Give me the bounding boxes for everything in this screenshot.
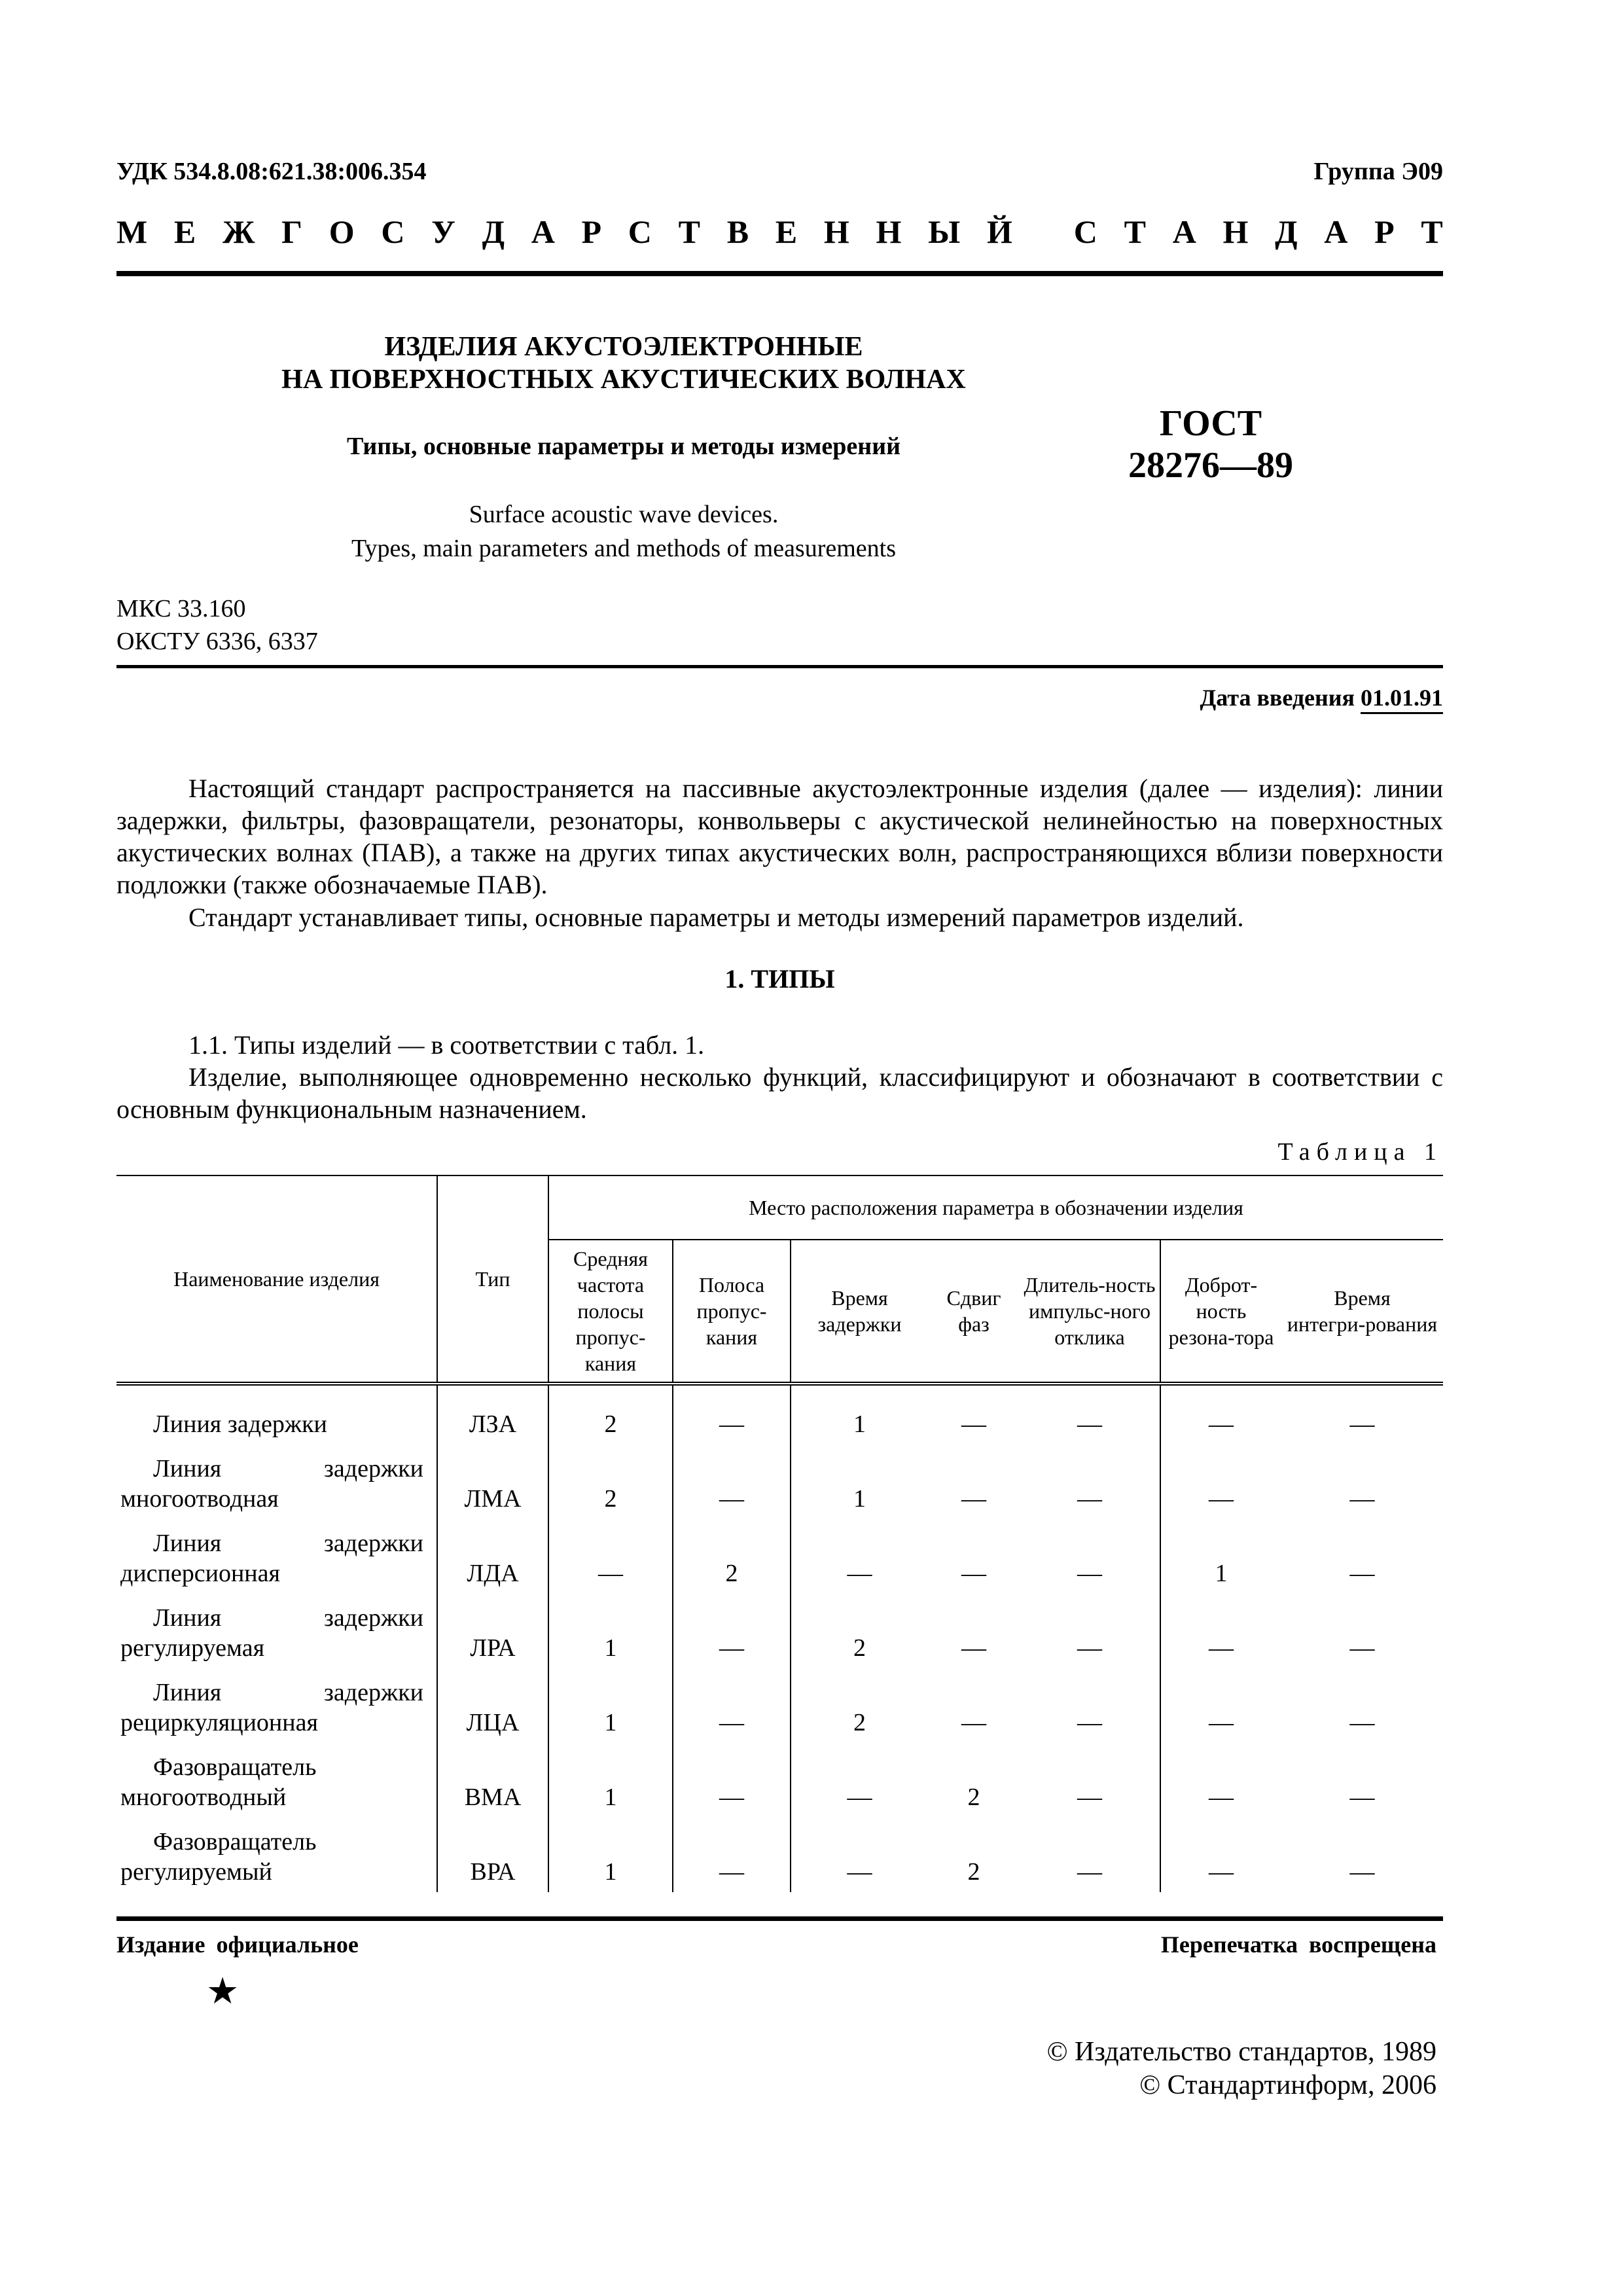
col-header-param: Доброт-ностьрезона-тора bbox=[1160, 1240, 1281, 1384]
heading-letter: Е bbox=[174, 213, 196, 251]
table-row: Линия задержки многоотводнаяЛМА2—1———— bbox=[116, 1444, 1443, 1519]
col-header-param: Сдвигфаз bbox=[928, 1240, 1020, 1384]
col-header-param: Средняячастотаполосыпропус-кания bbox=[548, 1240, 673, 1384]
table-row: Линия задержки регулируемаяЛРА1—2———— bbox=[116, 1594, 1443, 1668]
cell-param: 1 bbox=[548, 1818, 673, 1892]
cell-param: — bbox=[1281, 1743, 1443, 1818]
cell-param: — bbox=[1281, 1444, 1443, 1519]
paragraph-scope: Настоящий стандарт распространяется на п… bbox=[116, 772, 1443, 901]
clause-1-1-note-text: Изделие, выполняющее одновременно нескол… bbox=[116, 1062, 1443, 1124]
footer-rule bbox=[116, 1916, 1443, 1921]
mks-code: МКС 33.160 bbox=[116, 592, 318, 625]
cell-param: — bbox=[1160, 1594, 1281, 1668]
gost-label: ГОСТ bbox=[1047, 403, 1374, 444]
cell-param: 1 bbox=[548, 1743, 673, 1818]
cell-param: 2 bbox=[673, 1519, 791, 1594]
cell-param: — bbox=[928, 1519, 1020, 1594]
star-icon: ★ bbox=[206, 1970, 239, 2013]
gost-number: 28276—89 bbox=[1047, 444, 1374, 486]
document-subtitle: Типы, основные параметры и методы измере… bbox=[116, 432, 1131, 461]
copyright-1989: © Издательство стандартов, 1989 bbox=[1047, 2036, 1436, 2069]
group-code: Группа Э09 bbox=[1314, 157, 1443, 186]
cell-param: — bbox=[928, 1668, 1020, 1743]
english-title: Surface acoustic wave devices. Types, ma… bbox=[116, 497, 1131, 565]
cell-param: — bbox=[673, 1668, 791, 1743]
cell-param: — bbox=[791, 1519, 928, 1594]
col-header-param: Длитель-ностьимпульс-ногоотклика bbox=[1020, 1240, 1160, 1384]
cell-param: — bbox=[928, 1594, 1020, 1668]
cell-type: ЛМА bbox=[437, 1444, 548, 1519]
cell-param: — bbox=[1020, 1743, 1160, 1818]
table-row: Фазовращатель многоотводныйВМА1——2——— bbox=[116, 1743, 1443, 1818]
cell-param: — bbox=[673, 1444, 791, 1519]
heading-letter: Й bbox=[987, 213, 1012, 251]
udk-code: УДК 534.8.08:621.38:006.354 bbox=[116, 157, 427, 186]
codes-rule bbox=[116, 665, 1443, 668]
cell-param: 2 bbox=[548, 1384, 673, 1444]
types-table: Наименование изделия Тип Место расположе… bbox=[116, 1175, 1443, 1892]
reprint-prohibited: Перепечатка воспрещена bbox=[1161, 1931, 1436, 1958]
cell-name: Линия задержки рециркуляционная bbox=[116, 1668, 437, 1743]
cell-param: 2 bbox=[928, 1743, 1020, 1818]
cell-param: — bbox=[928, 1444, 1020, 1519]
introduction-date: Дата введения 01.01.91 bbox=[1200, 684, 1444, 711]
cell-param: — bbox=[673, 1743, 791, 1818]
heading-letter: Ы bbox=[928, 213, 960, 251]
cell-param: 2 bbox=[791, 1668, 928, 1743]
cell-param: — bbox=[1160, 1818, 1281, 1892]
okstu-code: ОКСТУ 6336, 6337 bbox=[116, 625, 318, 658]
col-header-param: Времязадержки bbox=[791, 1240, 928, 1384]
paragraph-purpose-text: Стандарт устанавливает типы, основные па… bbox=[188, 903, 1244, 932]
col-header-type: Тип bbox=[437, 1175, 548, 1384]
cell-param: — bbox=[1020, 1519, 1160, 1594]
heading-letter: Т bbox=[1421, 213, 1442, 251]
header-rule bbox=[116, 271, 1443, 276]
cell-param: — bbox=[673, 1384, 791, 1444]
cell-param: — bbox=[1020, 1384, 1160, 1444]
cell-name: Линия задержки регулируемая bbox=[116, 1594, 437, 1668]
classification-codes: МКС 33.160 ОКСТУ 6336, 6337 bbox=[116, 592, 318, 658]
cell-param: — bbox=[1160, 1668, 1281, 1743]
cell-param: — bbox=[1281, 1384, 1443, 1444]
official-edition: Издание официальное bbox=[116, 1931, 359, 1958]
copyright-2006: © Стандартинформ, 2006 bbox=[1047, 2069, 1436, 2102]
heading-letter: М bbox=[116, 213, 147, 251]
cell-name: Фазовращатель многоотводный bbox=[116, 1743, 437, 1818]
heading-letter: Н bbox=[824, 213, 849, 251]
heading-letter: Н bbox=[876, 213, 901, 251]
heading-letter: Т bbox=[1124, 213, 1146, 251]
cell-name: Фазовращатель регулируемый bbox=[116, 1818, 437, 1892]
cell-type: ЛРА bbox=[437, 1594, 548, 1668]
heading-letter: С bbox=[1074, 213, 1097, 251]
heading-letter: С bbox=[628, 213, 652, 251]
heading-letter: С bbox=[381, 213, 404, 251]
cell-param: — bbox=[673, 1818, 791, 1892]
cell-param: — bbox=[1020, 1668, 1160, 1743]
clause-1-1-text: 1.1. Типы изделий — в соответствии с таб… bbox=[188, 1030, 704, 1060]
heading-letter: Д bbox=[1275, 213, 1297, 251]
table-row: Линия задержки рециркуляционнаяЛЦА1—2———… bbox=[116, 1668, 1443, 1743]
date-label: Дата введения bbox=[1200, 685, 1361, 711]
paragraph-purpose: Стандарт устанавливает типы, основные па… bbox=[116, 901, 1443, 933]
cell-type: ЛЦА bbox=[437, 1668, 548, 1743]
cell-param: 1 bbox=[791, 1444, 928, 1519]
cell-type: ВМА bbox=[437, 1743, 548, 1818]
cell-param: — bbox=[1160, 1444, 1281, 1519]
cell-param: — bbox=[1281, 1519, 1443, 1594]
cell-param: — bbox=[1160, 1743, 1281, 1818]
table-row: Фазовращатель регулируемыйВРА1——2——— bbox=[116, 1818, 1443, 1892]
heading-letter: Р bbox=[1374, 213, 1395, 251]
col-group-header: Место расположения параметра в обозначен… bbox=[548, 1175, 1443, 1240]
heading-letter: О bbox=[329, 213, 355, 251]
cell-type: ЛДА bbox=[437, 1519, 548, 1594]
heading-letter: А bbox=[1173, 213, 1196, 251]
cell-param: — bbox=[928, 1384, 1020, 1444]
heading-letter: Р bbox=[582, 213, 602, 251]
col-header-param: Полосапропус-кания bbox=[673, 1240, 791, 1384]
section-heading: 1. ТИПЫ bbox=[116, 963, 1443, 994]
cell-name: Линия задержки многоотводная bbox=[116, 1444, 437, 1519]
table-label: Таблица 1 bbox=[1277, 1138, 1443, 1166]
cell-param: 1 bbox=[791, 1384, 928, 1444]
cell-param: 1 bbox=[1160, 1519, 1281, 1594]
cell-name: Линия задержки bbox=[116, 1384, 437, 1444]
cell-param: 1 bbox=[548, 1668, 673, 1743]
cell-param: 2 bbox=[548, 1444, 673, 1519]
heading-letter: Д bbox=[482, 213, 505, 251]
cell-type: ВРА bbox=[437, 1818, 548, 1892]
cell-param: 2 bbox=[791, 1594, 928, 1668]
cell-param: — bbox=[1020, 1444, 1160, 1519]
heading-letter: У bbox=[431, 213, 455, 251]
cell-param: — bbox=[673, 1594, 791, 1668]
cell-param: — bbox=[1281, 1668, 1443, 1743]
paragraph-scope-text: Настоящий стандарт распространяется на п… bbox=[116, 774, 1443, 899]
col-header-param: Времяинтегри-рования bbox=[1281, 1240, 1443, 1384]
clause-1-1: 1.1. Типы изделий — в соответствии с таб… bbox=[116, 1029, 1443, 1061]
date-value: 01.01.91 bbox=[1361, 685, 1443, 714]
gost-designation: ГОСТ 28276—89 bbox=[1047, 403, 1374, 486]
cell-param: — bbox=[791, 1818, 928, 1892]
copyright-block: © Издательство стандартов, 1989 © Станда… bbox=[1047, 2036, 1436, 2102]
document-title: ИЗДЕЛИЯ АКУСТОЭЛЕКТРОННЫЕ НА ПОВЕРХНОСТН… bbox=[116, 331, 1131, 396]
cell-param: — bbox=[1281, 1818, 1443, 1892]
heading-letter: Е bbox=[776, 213, 797, 251]
cell-name: Линия задержки дисперсионная bbox=[116, 1519, 437, 1594]
table-row: Линия задержки дисперсионнаяЛДА—2———1— bbox=[116, 1519, 1443, 1594]
cell-param: — bbox=[1020, 1594, 1160, 1668]
heading-letter: А bbox=[531, 213, 555, 251]
title-line-2: НА ПОВЕРХНОСТНЫХ АКУСТИЧЕСКИХ ВОЛНАХ bbox=[116, 363, 1131, 396]
cell-param: — bbox=[548, 1519, 673, 1594]
table-row: Линия задержкиЛЗА2—1———— bbox=[116, 1384, 1443, 1444]
cell-param: — bbox=[1160, 1384, 1281, 1444]
cell-param: — bbox=[791, 1743, 928, 1818]
interstate-standard-heading: МЕЖГОСУДАРСТВЕННЫЙ СТАНДАРТ bbox=[116, 213, 1443, 251]
heading-letter: Т bbox=[679, 213, 700, 251]
heading-letter: Ж bbox=[223, 213, 255, 251]
title-line-1: ИЗДЕЛИЯ АКУСТОЭЛЕКТРОННЫЕ bbox=[116, 331, 1131, 363]
cell-param: 2 bbox=[928, 1818, 1020, 1892]
heading-letter: В bbox=[727, 213, 749, 251]
heading-letter bbox=[1039, 213, 1048, 251]
heading-letter: Г bbox=[281, 213, 302, 251]
col-header-name: Наименование изделия bbox=[116, 1175, 437, 1384]
english-title-line-1: Surface acoustic wave devices. bbox=[116, 497, 1131, 531]
cell-param: 1 bbox=[548, 1594, 673, 1668]
heading-letter: А bbox=[1324, 213, 1347, 251]
english-title-line-2: Types, main parameters and methods of me… bbox=[116, 531, 1131, 565]
cell-param: — bbox=[1020, 1818, 1160, 1892]
clause-1-1-note: Изделие, выполняющее одновременно нескол… bbox=[116, 1061, 1443, 1125]
heading-letter: Н bbox=[1223, 213, 1249, 251]
cell-type: ЛЗА bbox=[437, 1384, 548, 1444]
cell-param: — bbox=[1281, 1594, 1443, 1668]
